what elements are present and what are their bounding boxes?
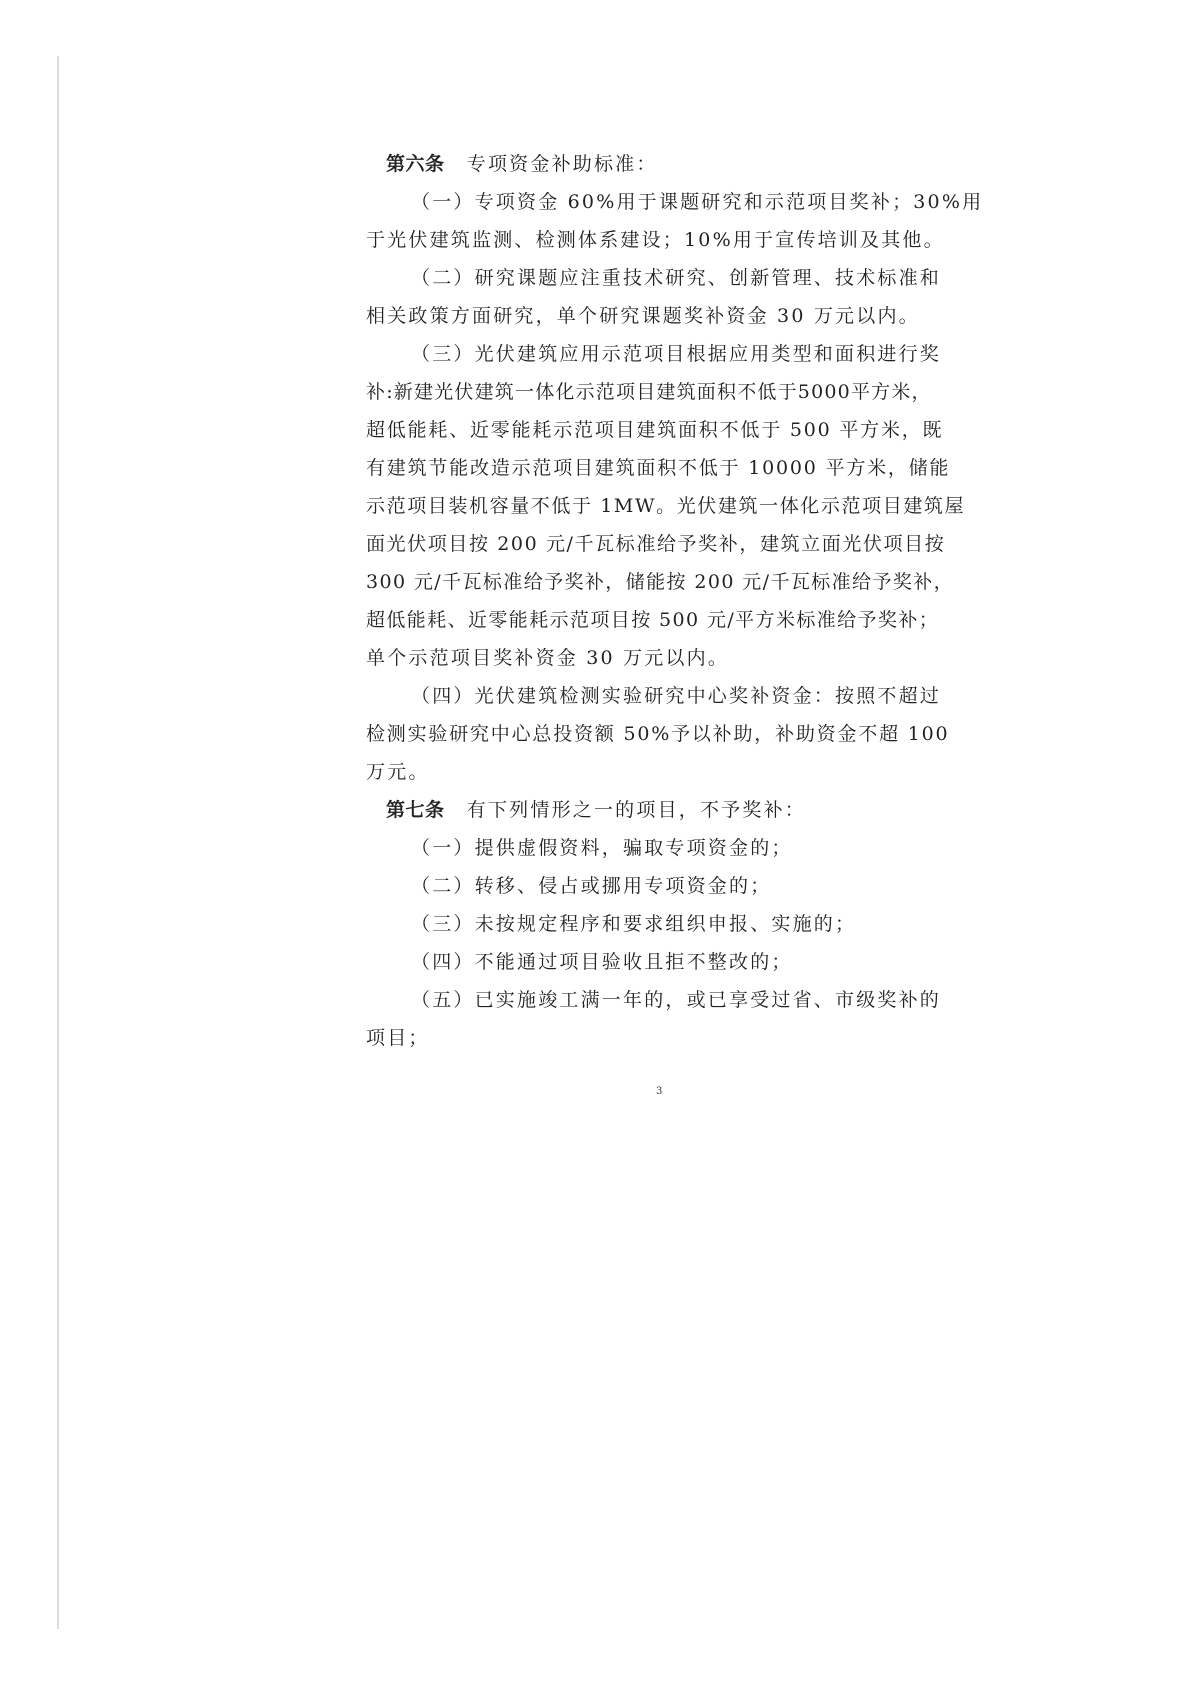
article-7-heading-line: 第七条 有下列情形之一的项目，不予奖补：	[386, 798, 806, 822]
list-item: （三）未按规定程序和要求组织申报、实施的；	[411, 912, 856, 936]
paragraph-line: 万元。	[366, 760, 430, 784]
article-6-heading-line: 第六条 专项资金补助标准：	[386, 152, 658, 176]
list-item: （五）已实施竣工满一年的，或已享受过省、市级奖补的	[411, 988, 941, 1012]
paragraph-line: 检测实验研究中心总投资额 50%予以补助，补助资金不超 100	[366, 722, 949, 746]
article-6-title: 专项资金补助标准：	[467, 153, 658, 175]
list-item: （四）不能通过项目验收且拒不整改的；	[411, 950, 793, 974]
paragraph-line: 超低能耗、近零能耗示范项目建筑面积不低于 500 平方米，既	[366, 418, 943, 442]
paragraph-line: （三）光伏建筑应用示范项目根据应用类型和面积进行奖	[411, 342, 941, 366]
paragraph-line: 于光伏建筑监测、检测体系建设；10%用于宣传培训及其他。	[366, 228, 945, 252]
page-number: 3	[656, 1086, 662, 1097]
page-edge-divider	[57, 56, 59, 1629]
article-6-heading: 第六条	[386, 153, 445, 175]
paragraph-line: 有建筑节能改造示范项目建筑面积不低于 10000 平方米，储能	[366, 456, 950, 480]
paragraph-line: （一）专项资金 60%用于课题研究和示范项目奖补；30%用	[411, 190, 983, 214]
paragraph-line: 单个示范项目奖补资金 30 万元以内。	[366, 646, 729, 670]
list-item-continuation: 项目；	[366, 1026, 430, 1050]
paragraph-line: （二）研究课题应注重技术研究、创新管理、技术标准和	[411, 266, 941, 290]
paragraph-line: 300 元/千瓦标准给予奖补，储能按 200 元/千瓦标准给予奖补，	[366, 570, 954, 594]
article-7-title: 有下列情形之一的项目，不予奖补：	[467, 799, 806, 821]
paragraph-line: 相关政策方面研究，单个研究课题奖补资金 30 万元以内。	[366, 304, 920, 328]
article-7-heading: 第七条	[386, 799, 445, 821]
paragraph-line: 超低能耗、近零能耗示范项目按 500 元/平方米标准给予奖补；	[366, 608, 939, 632]
list-item: （一）提供虚假资料，骗取专项资金的；	[411, 836, 793, 860]
paragraph-line: 补:新建光伏建筑一体化示范项目建筑面积不低于5000平方米，	[366, 380, 932, 404]
paragraph-line: 示范项目装机容量不低于 1MW。光伏建筑一体化示范项目建筑屋	[366, 494, 965, 518]
list-item: （二）转移、侵占或挪用专项资金的；	[411, 874, 771, 898]
paragraph-line: （四）光伏建筑检测实验研究中心奖补资金：按照不超过	[411, 684, 941, 708]
paragraph-line: 面光伏项目按 200 元/千瓦标准给予奖补，建筑立面光伏项目按	[366, 532, 945, 556]
